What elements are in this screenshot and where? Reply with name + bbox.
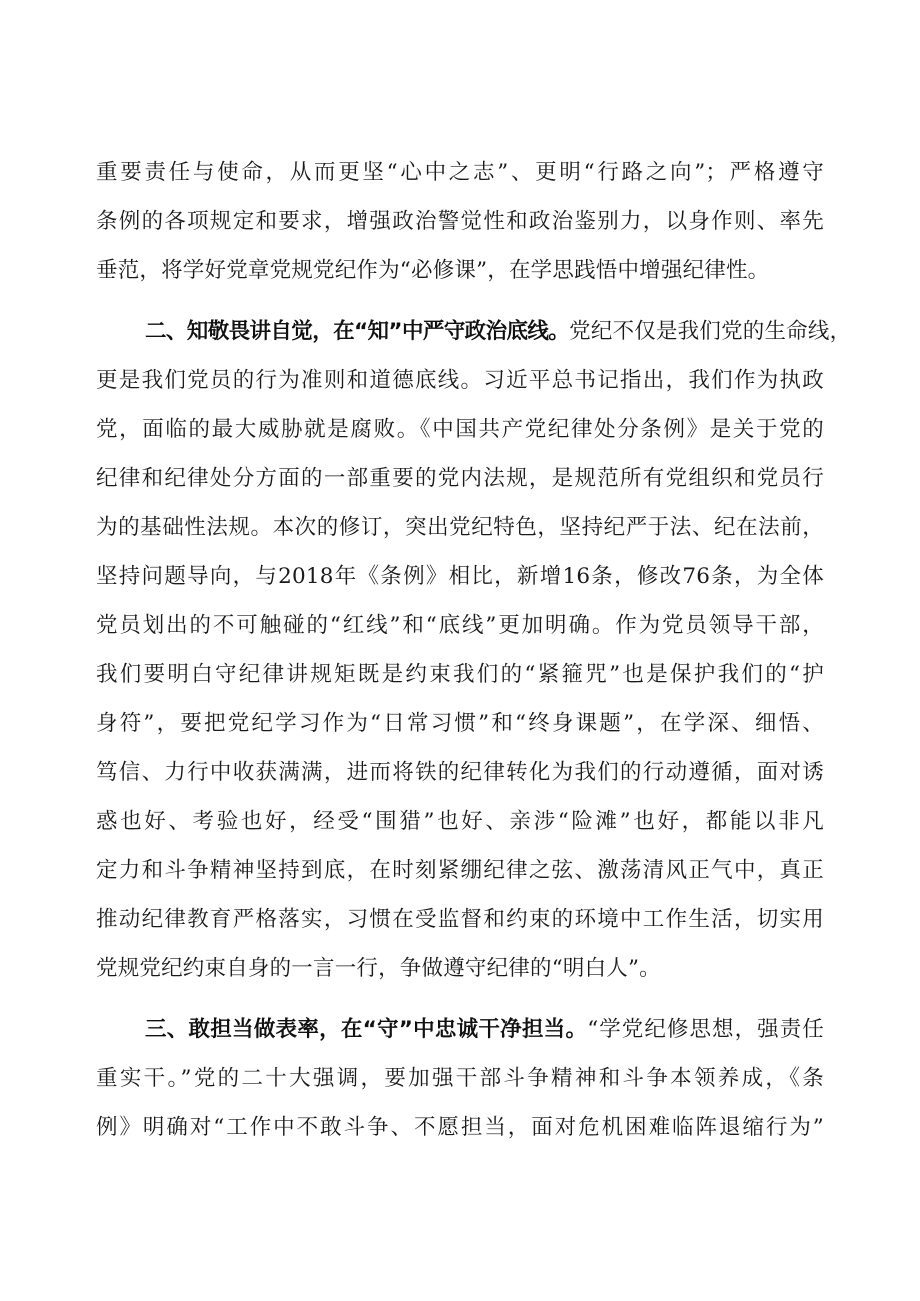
section-heading: 二、知敬畏讲自觉，在“知”中严守政治底线。 [145,319,569,344]
body-text: “学党纪修思想，强责任 [587,1017,824,1042]
document-page: 重要责任与使命，从而更坚“心中之志”、更明“行路之向”；严格遵守 条例的各项规定… [0,0,920,1301]
body-text-line: 定力和斗争精神坚持到底，在时刻紧绷纪律之弦、激荡清风正气中，真正 [96,856,824,886]
body-text-line: 党，面临的最大威胁就是腐败。《中国共产党纪律处分条例》是关于党的 [96,415,824,445]
body-text-line: 笃信、力行中收获满满，进而将铁的纪律转化为我们的行动遵循，面对诱 [96,758,824,788]
body-text-line: 重实干。”党的二十大强调，要加强干部斗争精神和斗争本领养成，《条 [96,1064,824,1094]
body-text-line: 垂范，将学好党章党规党纪作为“必修课”，在学思践悟中增强纪律性。 [96,256,824,286]
body-text-line: 党员划出的不可触碰的“红线”和“底线”更加明确。作为党员领导干部， [96,611,824,641]
body-text-line: 坚持问题导向，与2018年《条例》相比，新增16条，修改76条，为全体 [96,562,824,592]
body-text-line: 为的基础性法规。本次的修订，突出党纪特色，坚持纪严于法、纪在法前， [96,513,824,543]
body-text-line: 条例的各项规定和要求，增强政治警觉性和政治鉴别力，以身作则、率先 [96,207,824,237]
body-text-line: 党规党纪约束自身的一言一行，争做遵守纪律的“明白人”。 [96,954,824,984]
body-text-line: 惑也好、考验也好，经受“围猎”也好、亲涉“险滩”也好，都能以非凡 [96,807,824,837]
section-heading-line: 三、敢担当做表率，在“守”中忠诚干净担当。“学党纪修思想，强责任 [145,1015,824,1045]
body-text-line: 更是我们党员的行为准则和道德底线。习近平总书记指出，我们作为执政 [96,366,824,396]
body-text-line: 纪律和纪律处分方面的一部重要的党内法规，是规范所有党组织和党员行 [96,464,824,494]
body-text: 党纪不仅是我们党的生命线， [569,319,851,344]
body-text-line: 我们要明白守纪律讲规矩既是约束我们的“紧箍咒”也是保护我们的“护 [96,660,824,690]
body-text-line: 例》明确对“工作中不敢斗争、不愿担当，面对危机困难临阵退缩行为” [96,1113,824,1143]
body-text-line: 身符”，要把党纪学习作为“日常习惯”和“终身课题”，在学深、细悟、 [96,709,824,739]
body-text-line: 推动纪律教育严格落实，习惯在受监督和约束的环境中工作生活，切实用 [96,905,824,935]
section-heading: 三、敢担当做表率，在“守”中忠诚干净担当。 [145,1017,587,1042]
section-heading-line: 二、知敬畏讲自觉，在“知”中严守政治底线。党纪不仅是我们党的生命线， [145,317,824,347]
body-text-line: 重要责任与使命，从而更坚“心中之志”、更明“行路之向”；严格遵守 [96,158,824,188]
